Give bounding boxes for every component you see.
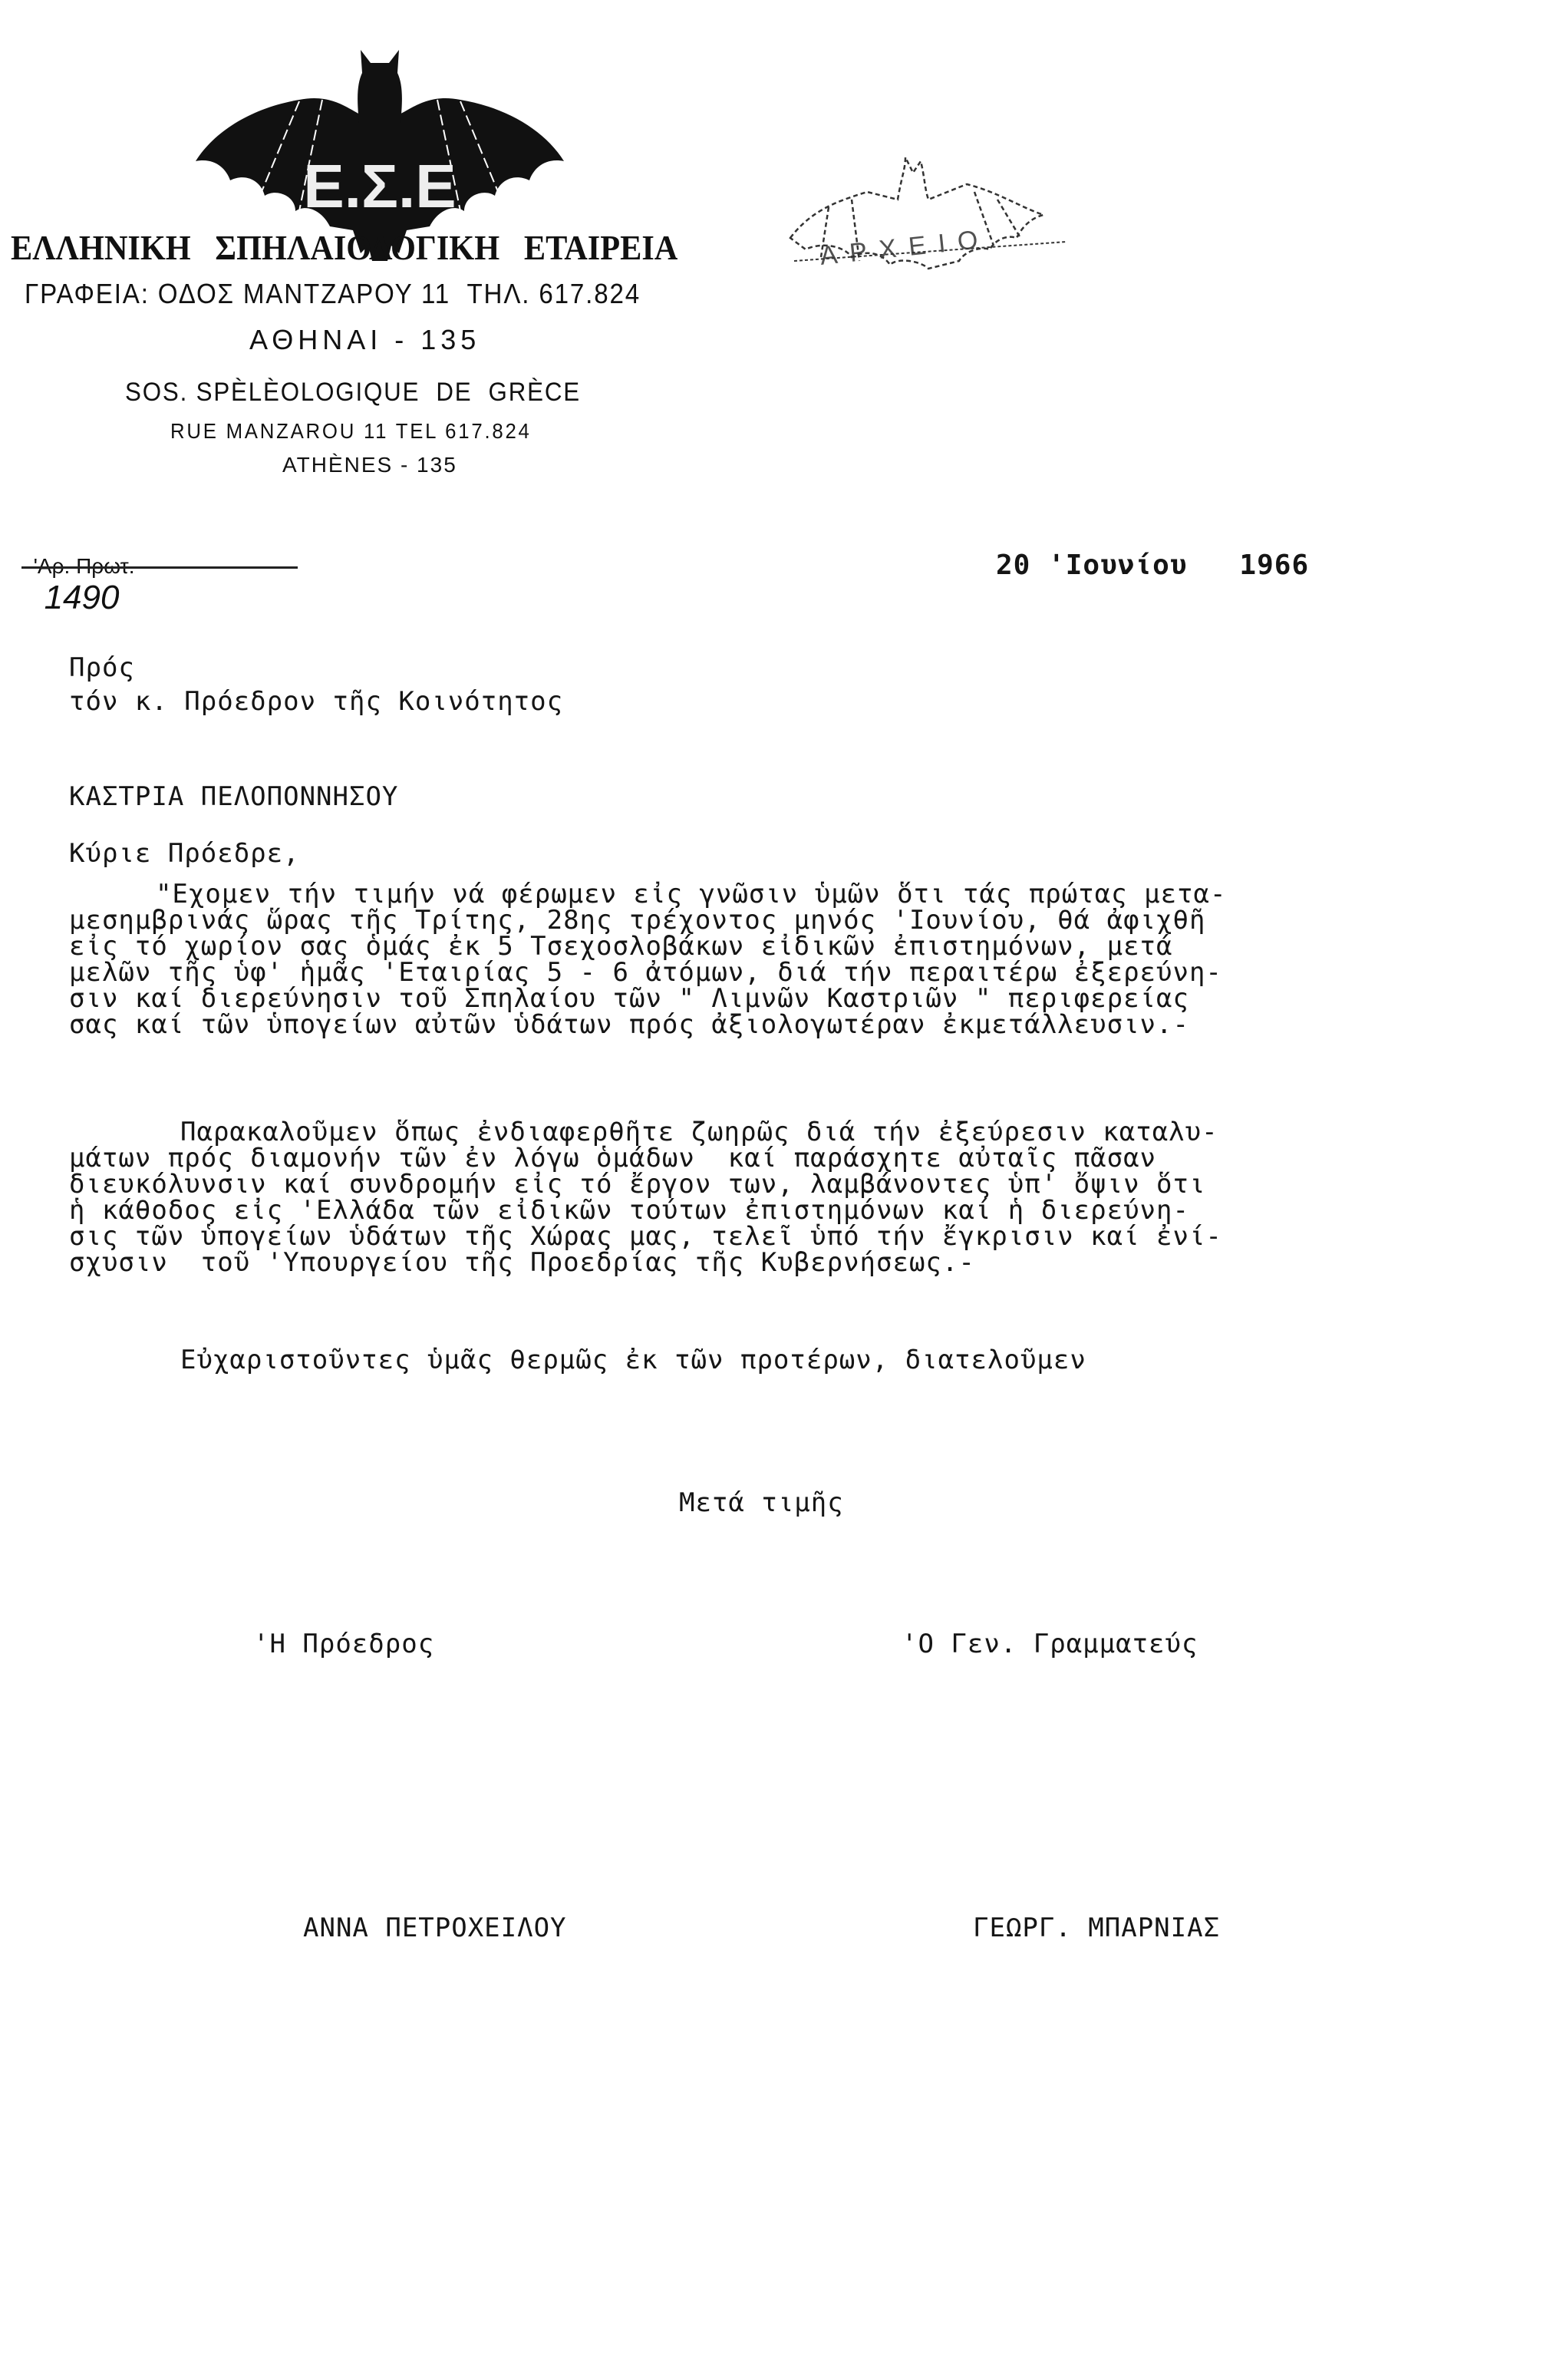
- reference-number: 'Αρ. Πρωτ. 1490: [21, 530, 135, 617]
- body-paragraph-1: "Εχομεν τήν τιμήν νά φέρωμεν εἰς γνῶσιν …: [69, 881, 1226, 1038]
- signatory-title-secretary: 'Ο Γεν. Γραμματεύς: [902, 1629, 1198, 1659]
- paragraph-line: μεσημβρινάς ὥρας τῆς Τρίτης, 28ης τρέχον…: [69, 907, 1226, 933]
- paragraph-line: σις τῶν ὑπογείων ὑδάτων τῆς Χώρας μας, τ…: [69, 1223, 1222, 1249]
- logo-letters: Ε.Σ.Ε: [303, 152, 456, 220]
- org-address-french: RUE MANZAROU 11 TEL 617.824: [170, 419, 532, 444]
- paragraph-line: σας καί τῶν ὑπογείων αὐτῶν ὑδάτων πρός ἀ…: [69, 1012, 1226, 1038]
- body-paragraph-2: Παρακαλοῦμεν ὅπως ἐνδιαφερθῆτε ζωηρῶς δι…: [69, 1119, 1222, 1276]
- paragraph-line: διευκόλυνσιν καί συνδρομήν εἰς τό ἔργον …: [69, 1171, 1222, 1197]
- paragraph-line: εἰς τό χωρίον σας ὁμάς ἐκ 5 Τσεχοσλοβάκω…: [69, 933, 1226, 959]
- recipient-line-2: τόν κ. Πρόεδρον τῆς Κοινότητος: [69, 686, 563, 717]
- recipient-line-1: Πρός: [69, 652, 135, 683]
- archive-stamp-icon: ΑΡΧΕΙΟ: [775, 115, 1097, 292]
- closing-sentence: Εὐχαριστοῦντες ὑμᾶς θερμῶς ἐκ τῶν προτέρ…: [180, 1345, 1086, 1375]
- salutation: Κύριε Πρόεδρε,: [69, 838, 300, 869]
- org-city-french: ATHÈNES - 135: [282, 453, 457, 477]
- org-name-french: SOS. SPÈLÈOLOGIQUE DE GRÈCE: [125, 378, 581, 408]
- reference-value: 1490: [45, 579, 120, 616]
- paragraph-line: "Εχομεν τήν τιμήν νά φέρωμεν εἰς γνῶσιν …: [69, 881, 1226, 907]
- recipient-location: ΚΑΣΤΡΙΑ ΠΕΛΟΠΟΝΝΗΣΟΥ: [69, 781, 398, 812]
- paragraph-line: Παρακαλοῦμεν ὅπως ἐνδιαφερθῆτε ζωηρῶς δι…: [69, 1119, 1222, 1145]
- valediction: Μετά τιμῆς: [679, 1487, 844, 1518]
- signatory-name-secretary: ΓΕΩΡΓ. ΜΠΑΡΝΙΑΣ: [973, 1913, 1220, 1943]
- paragraph-line: σχυσιν τοῦ 'Υπουργείου τῆς Προεδρίας τῆς…: [69, 1249, 1222, 1276]
- org-name-greek: ΕΛΛΗΝΙΚΗ ΣΠΗΛΑΙΟΛΟΓΙΚΗ ΕΤΑΙΡΕΙΑ: [11, 227, 678, 268]
- letter-date: 20 'Ιουνίου 1966: [996, 550, 1309, 581]
- org-city-greek: ΑΘΗΝΑΙ - 135: [249, 324, 480, 356]
- paragraph-line: σιν καί διερεύνησιν τοῦ Σπηλαίου τῶν " Λ…: [69, 985, 1226, 1012]
- paragraph-line: μάτων πρός διαμονήν τῶν ἐν λόγω ὁμάδων κ…: [69, 1145, 1222, 1171]
- signatory-title-president: 'Η Πρόεδρος: [253, 1629, 434, 1659]
- paragraph-line: μελῶν τῆς ὑφ' ἡμᾶς 'Εταιρίας 5 - 6 ἀτόμω…: [69, 959, 1226, 985]
- signatory-name-president: ΑΝΝΑ ΠΕΤΡΟΧΕΙΛΟΥ: [303, 1913, 567, 1943]
- stamp-label: ΑΡΧΕΙΟ: [819, 224, 991, 271]
- reference-underline: [21, 566, 298, 569]
- org-address-greek: ΓΡΑΦΕΙΑ: ΟΔΟΣ ΜΑΝΤΖΑΡΟΥ 11 ΤΗΛ. 617.824: [25, 278, 641, 310]
- paragraph-line: ἡ κάθοδος εἰς 'Ελλάδα τῶν εἰδικῶν τούτων…: [69, 1197, 1222, 1223]
